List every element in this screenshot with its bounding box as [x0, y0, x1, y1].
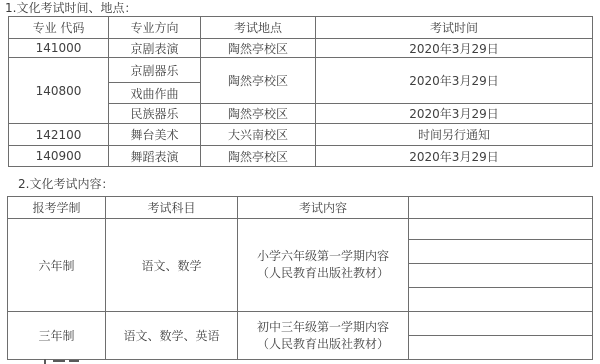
content-line2: （人民教育出版社教材）	[240, 265, 406, 282]
cell-content: 小学六年级第一学期内容 （人民教育出版社教材）	[238, 219, 409, 312]
cell-empty	[409, 264, 593, 288]
cell-time: 2020年3月29日	[316, 146, 593, 167]
cell-subjects: 语文、数学、英语	[106, 312, 238, 360]
cell-empty	[409, 312, 593, 336]
cell-location: 陶然亭校区	[201, 104, 316, 124]
exam-content-table: 报考学制 考试科目 考试内容 六年制 语文、数学 小学六年级第一学期内容 （人民…	[7, 196, 593, 360]
header-exam-content: 考试内容	[238, 197, 409, 219]
cell-content: 初中三年级第一学期内容 （人民教育出版社教材）	[238, 312, 409, 360]
cell-empty	[409, 288, 593, 312]
header-exam-location: 考试地点	[201, 17, 316, 39]
header-extra-empty	[409, 197, 593, 219]
cell-location-merged: 陶然亭校区	[201, 58, 316, 104]
cell-location: 陶然亭校区	[201, 39, 316, 58]
header-school-system: 报考学制	[8, 197, 106, 219]
table-header-row: 报考学制 考试科目 考试内容	[8, 197, 593, 219]
header-major-direction: 专业方向	[109, 17, 201, 39]
document-page: 1.文化考试时间、地点： 专业 代码 专业方向 考试地点 考试时间 141000…	[0, 0, 600, 364]
cell-time: 2020年3月29日	[316, 39, 593, 58]
cell-major: 舞台美术	[109, 124, 201, 146]
section2-title: 2.文化考试内容：	[18, 177, 113, 191]
content-line1: 初中三年级第一学期内容	[240, 319, 406, 336]
cell-empty	[409, 336, 593, 360]
cell-major: 戏曲作曲	[109, 83, 201, 104]
cell-location: 陶然亭校区	[201, 146, 316, 167]
cell-major: 民族器乐	[109, 104, 201, 124]
cell-system: 六年制	[8, 219, 106, 312]
cell-empty	[409, 219, 593, 240]
cell-major: 京剧器乐	[109, 58, 201, 83]
content-line1: 小学六年级第一学期内容	[240, 248, 406, 265]
table-row: 142100 舞台美术 大兴南校区 时间另行通知	[9, 124, 593, 146]
cell-subjects: 语文、数学	[106, 219, 238, 312]
section1-title: 1.文化考试时间、地点：	[5, 1, 136, 15]
table-row: 六年制 语文、数学 小学六年级第一学期内容 （人民教育出版社教材）	[8, 219, 593, 240]
cell-location: 大兴南校区	[201, 124, 316, 146]
header-exam-subjects: 考试科目	[106, 197, 238, 219]
cell-empty	[409, 240, 593, 264]
table-row: 三年制 语文、数学、英语 初中三年级第一学期内容 （人民教育出版社教材）	[8, 312, 593, 336]
cell-major: 京剧表演	[109, 39, 201, 58]
table-header-row: 专业 代码 专业方向 考试地点 考试时间	[9, 17, 593, 39]
header-major-code: 专业 代码	[9, 17, 109, 39]
cell-major: 舞蹈表演	[109, 146, 201, 167]
clipped-next-line-artifact	[40, 358, 100, 364]
cell-time-merged: 2020年3月29日	[316, 58, 593, 104]
content-line2: （人民教育出版社教材）	[240, 336, 406, 353]
table-row: 140800 京剧器乐 陶然亭校区 2020年3月29日	[9, 58, 593, 83]
cell-code: 140900	[9, 146, 109, 167]
cell-time: 时间另行通知	[316, 124, 593, 146]
cell-code-merged: 140800	[9, 58, 109, 124]
cell-time: 2020年3月29日	[316, 104, 593, 124]
table-row: 141000 京剧表演 陶然亭校区 2020年3月29日	[9, 39, 593, 58]
table-row: 140900 舞蹈表演 陶然亭校区 2020年3月29日	[9, 146, 593, 167]
header-exam-time: 考试时间	[316, 17, 593, 39]
cell-code: 142100	[9, 124, 109, 146]
exam-schedule-table: 专业 代码 专业方向 考试地点 考试时间 141000 京剧表演 陶然亭校区 2…	[8, 16, 593, 167]
cell-system: 三年制	[8, 312, 106, 360]
cell-code: 141000	[9, 39, 109, 58]
